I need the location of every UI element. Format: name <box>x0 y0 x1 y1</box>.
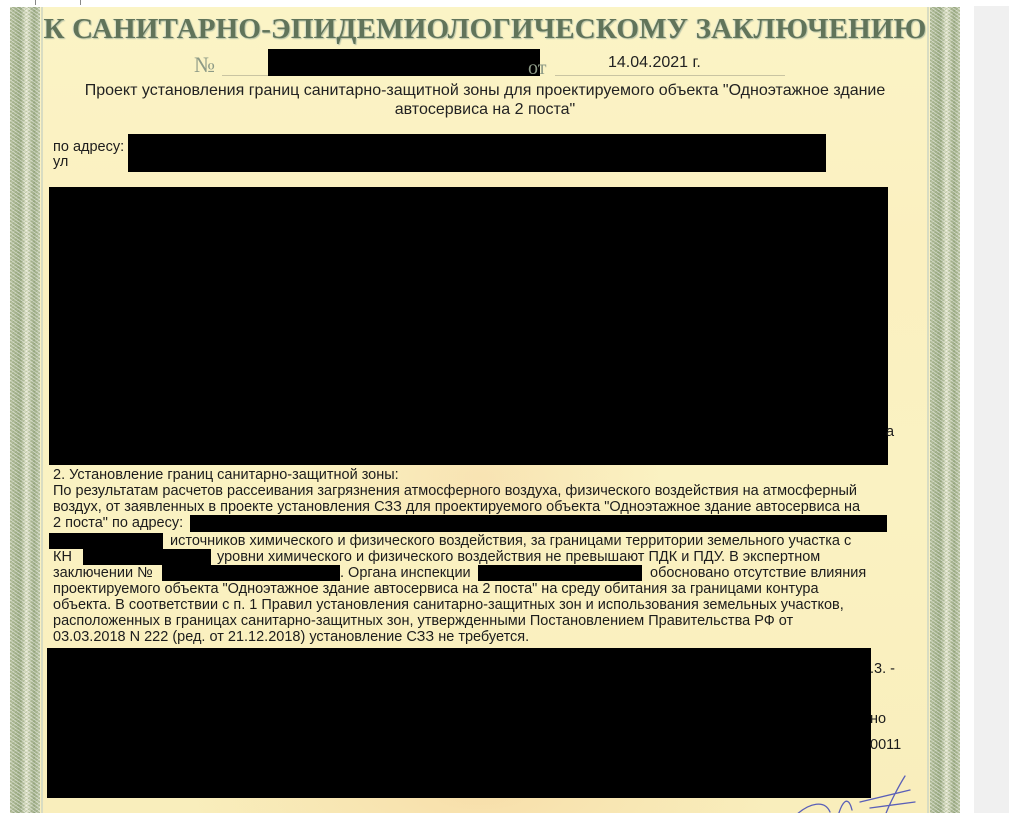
body-line: 2 поста" по адресу: <box>53 515 183 531</box>
body-line: воздух, от заявленных в проекте установл… <box>53 499 860 515</box>
body-line: проектируемого объекта "Одноэтажное здан… <box>53 581 819 597</box>
section3-fragment: .3. - <box>870 661 895 677</box>
guilloche-border-left <box>10 7 40 813</box>
date-underline <box>555 75 785 76</box>
date-value: 14.04.2021 г. <box>608 54 701 72</box>
body-line: источников химического и физического воз… <box>170 533 851 549</box>
address-label: по адресу: <box>53 139 124 155</box>
body-line: расположенных в границах санитарно-защит… <box>53 613 793 629</box>
number-label: № <box>194 52 215 78</box>
body-line: КН <box>53 549 72 565</box>
body-line: 03.03.2018 N 222 (ред. от 21.12.2018) ус… <box>53 629 529 645</box>
number-underline <box>222 75 272 76</box>
redacted-address <box>193 134 826 172</box>
number-date-row: № от 14.04.2021 г. <box>10 49 960 79</box>
body-line: обосновано отсутствие влияния <box>650 565 866 581</box>
certificate-page: К САНИТАРНО-ЭПИДЕМИОЛОГИЧЕСКОМУ ЗАКЛЮЧЕН… <box>10 7 960 813</box>
body-line: заключении № <box>53 565 153 581</box>
body-line: уровни химического и физического воздейс… <box>217 549 820 565</box>
date-label: от <box>528 57 546 80</box>
ruler-tick <box>80 0 81 5</box>
redacted-expert-number <box>162 565 340 581</box>
project-title-line: Проект установления границ санитарно-защ… <box>50 81 920 100</box>
section-2-heading: 2. Установление границ санитарно-защитно… <box>53 467 399 483</box>
ruler-tick <box>35 0 36 5</box>
body-line: объекта. В соответствии с п. 1 Правил ус… <box>53 597 844 613</box>
body-line: . Органа инспекции <box>340 565 471 581</box>
section1-fragment: а <box>886 424 894 440</box>
section3-fragment: но <box>870 711 886 727</box>
guilloche-border-right <box>930 7 960 813</box>
certificate-title: К САНИТАРНО-ЭПИДЕМИОЛОГИЧЕСКОМУ ЗАКЛЮЧЕН… <box>40 13 930 46</box>
redacted-inspection-body <box>478 565 642 581</box>
address-street-prefix: ул <box>53 154 68 170</box>
redacted-cadastral-number <box>83 549 211 565</box>
viewer-right-gutter[interactable] <box>974 6 1009 813</box>
section3-fragment: 0011 <box>870 737 901 753</box>
redacted-section-1 <box>49 187 888 465</box>
redacted-number <box>268 49 540 76</box>
signature-icon <box>790 772 920 813</box>
redacted-text <box>49 533 163 549</box>
redacted-section-3 <box>47 648 871 798</box>
project-title-line: автосервиса на 2 поста" <box>50 100 920 119</box>
project-title: Проект установления границ санитарно-защ… <box>50 81 920 119</box>
body-line: По результатам расчетов рассеивания загр… <box>53 483 857 499</box>
redacted-address <box>190 515 887 532</box>
